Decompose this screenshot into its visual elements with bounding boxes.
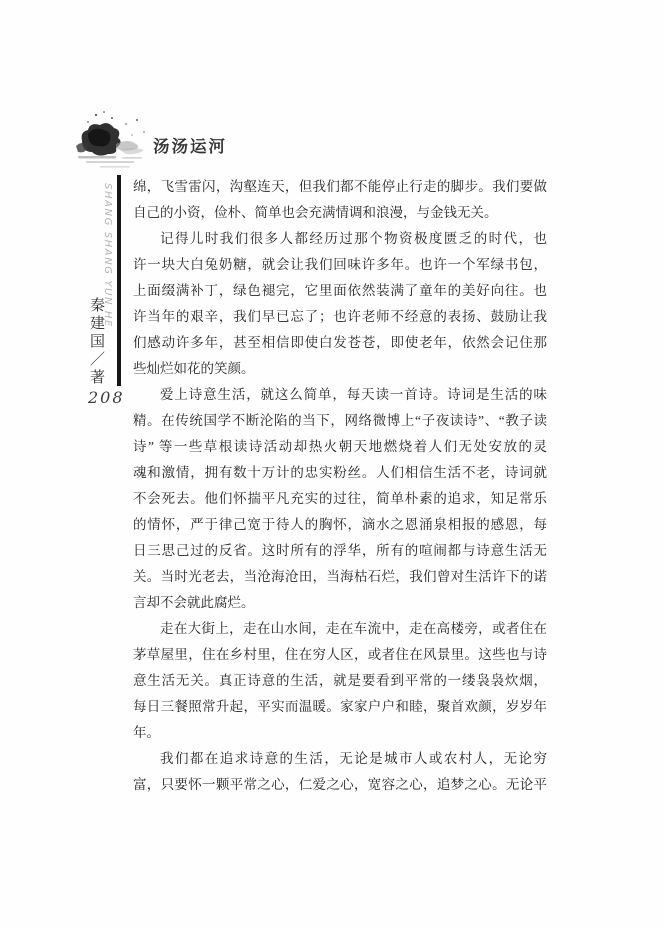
text-line: 些灿烂如花的笑颜。 (133, 356, 547, 382)
text-line: 的情怀，严于律己宽于待人的胸怀，滴水之恩涌泉相报的感恩，每 (133, 512, 547, 538)
page-number: 208 (88, 388, 125, 407)
text-line: 们感动许多年，甚至相信即使白发苍苍，即使老年，依然会记住那 (133, 330, 547, 356)
text-line: 自己的小资，俭朴、简单也会充满情调和浪漫，与金钱无关。 (133, 200, 547, 226)
text-line: 不会死去。他们怀揣平凡充实的过往，简单朴素的追求，知足常乐 (133, 486, 547, 512)
text-line: 言却不会就此腐烂。 (133, 590, 547, 616)
text-line: 日三思己过的反省。这时所有的浮华，所有的喧闹都与诗意生活无 (133, 538, 547, 564)
ink-wash-logo-icon (74, 110, 152, 174)
text-line: 我们都在追求诗意的生活，无论是城市人或农村人，无论穷 (133, 746, 547, 772)
text-line: 许一块大白兔奶糖，就会让我们回味许多年。也许一个军绿书包， (133, 252, 547, 278)
text-line: 诗” 等一些草根读诗活动却热火朝天地燃烧着人们无处安放的灵 (133, 434, 547, 460)
text-line: 走在大街上，走在山水间，走在车流中，走在高楼旁，或者住在 (133, 616, 547, 642)
text-line: 绵，飞雪雷闪，沟壑连天，但我们都不能停止行走的脚步。我们要做 (133, 174, 547, 200)
series-title: 汤汤运河 (153, 133, 227, 157)
text-line: 富，只要怀一颗平常之心，仁爱之心，宽容之心，追梦之心。无论平 (133, 772, 547, 798)
text-line: 记得儿时我们很多人都经历过那个物资极度匮乏的时代，也 (133, 226, 547, 252)
text-line: 每日三餐照常升起，平实而温暖。家家户户和睦，聚首欢颜，岁岁年 (133, 694, 547, 720)
author-name-vertical: 秦建国／著 (86, 297, 107, 397)
text-line: 年。 (133, 720, 547, 746)
text-line: 爱上诗意生活，就这么简单，每天读一首诗。诗词是生活的味 (133, 382, 547, 408)
body-text: 绵，飞雪雷闪，沟壑连天，但我们都不能停止行走的脚步。我们要做 自己的小资，俭朴、… (133, 174, 547, 798)
book-page: 汤汤运河 SHANG SHANG YUN HE 秦建国／著 208 绵，飞雪雷闪… (0, 0, 665, 929)
text-line: 魂和激情，拥有数十万计的忠实粉丝。人们相信生活不老，诗词就 (133, 460, 547, 486)
text-line: 上面缀满补丁，绿色褪完，它里面依然装满了童年的美好向往。也 (133, 278, 547, 304)
text-line: 许当年的艰辛，我们早已忘了；也许老师不经意的表扬、鼓励让我 (133, 304, 547, 330)
text-line: 精。在传统国学不断沦陷的当下，网络微博上“子夜读诗”、“教子读 (133, 408, 547, 434)
text-line: 茅草屋里，住在乡村里，住在穷人区，或者住在风景里。这些也与诗 (133, 642, 547, 668)
text-line: 关。当时光老去，当沧海沧田，当海枯石烂，我们曾对生活许下的诺 (133, 564, 547, 590)
vertical-rule (117, 175, 121, 386)
text-line: 意生活无关。真正诗意的生活，就是要看到平常的一缕袅袅炊烟， (133, 668, 547, 694)
